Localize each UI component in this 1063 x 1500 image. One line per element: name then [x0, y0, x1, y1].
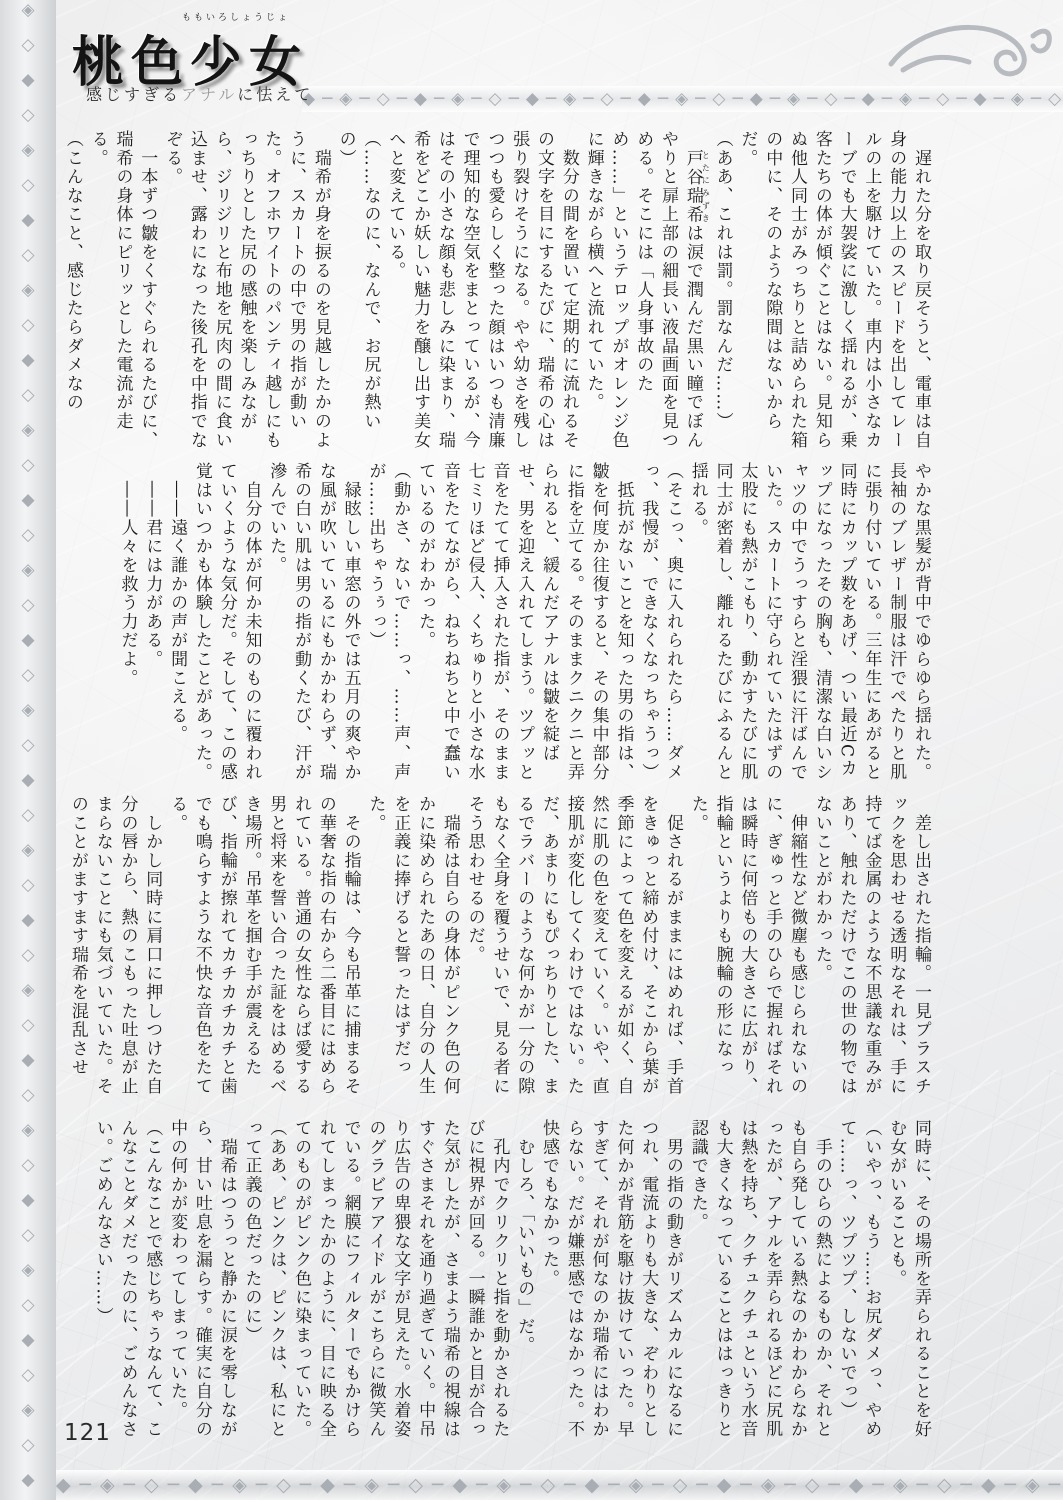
paragraph: （……なのに、なんで、お尻が熱いの）	[333, 130, 383, 454]
paragraph: 自分の体が何か未知のものに覆われていくような気分だ。そして、この感覚はいつかも体…	[189, 462, 263, 782]
paragraph: 差し出された指輪。一見プラスチックを思わせる透明なそれは、手に持てば金属のような…	[809, 795, 933, 1107]
paragraph: （こんなことで感じちゃうなんて、こんなことダメだったのに、ごめんなさい。ごめんな…	[90, 1119, 164, 1451]
text-band-3: 差し出された指輪。一見プラスチックを思わせる透明なそれは、手に持てば金属のような…	[64, 795, 933, 1107]
ornament-border-top-icon: ◆─◈─◇─◆─◈─◇─◆─◈─◇─◆─◈─◇─◆─◈─◇─◆─◈─◇─◆─◈─…	[302, 86, 1063, 112]
scroll-flourish-icon	[885, 12, 1055, 84]
paragraph: ――遠く誰かの声が聞こえる。	[164, 462, 189, 782]
book-subtitle: 感じすぎるアナルに怯えて	[86, 82, 313, 105]
paragraph: ――人々を救う力だよ。	[115, 462, 140, 782]
paragraph: （ああ、これは罰。罰なんだ……）	[710, 130, 735, 454]
paragraph: 数分の間を置いて定期的に流れるその文字を目にするたびに、瑞希の心は張り裂けそうに…	[382, 130, 580, 454]
ornament-border-bottom-icon: ◆─◈─◇─◆─◈─◇─◆─◈─◇─◆─◈─◇─◆─◈─◇─◆─◈─◇─◆─◈─…	[56, 1470, 1063, 1500]
paragraph: ――君には力がある。	[140, 462, 165, 782]
paragraph: 緑眩しい車窓の外では五月の爽やかな風が吹いているにもかかわらず、瑞希の白い肌は男…	[263, 462, 362, 782]
paragraph: （そこっ、奥に入れられたら……ダメっ、我慢が、できなくなっちゃうっ）	[635, 462, 685, 782]
paragraph: 促されるがままにはめれば、手首をきゅっと締め付け、そこから葉が季節によって色を変…	[462, 795, 685, 1107]
paragraph: （いやっ、もう……お尻ダメっ、やめて……っ、ツプツプ、しないでっ）	[834, 1119, 884, 1451]
page-number: 121	[64, 1420, 111, 1446]
paragraph: その指輪は、今も吊革に捕まるその華奢な指の右から二番目にはめられている。普通の女…	[164, 795, 362, 1107]
paragraph: 瑞希は自らの身体がピンク色の何かに染められたあの日、自分の人生を正義に捧げると誓…	[363, 795, 462, 1107]
text-band-1: 遅れた分を取り戻そうと、電車は自身の能力以上のスピードを出してレールの上を駆けて…	[64, 130, 933, 454]
paragraph: 戸谷瑞希とたにみずきは涙で潤んだ黒い瞳でぼんやりと扉上部の細長い液晶画面を見つめ…	[581, 130, 710, 454]
book-page: ◈◇◆◇◈◇◆◇◈◇◆◇◈◇◆◇◈◇◆◇◈◇◆◇◈◇◆◇◈◇◆◇◈◇◆◇◈◇◆◇…	[0, 0, 1063, 1500]
paragraph: 同時に、その場所を弄られることを好む女がいることも。	[883, 1119, 933, 1451]
title-block: ももいろしょうじょ 桃色少女 感じすぎるアナルに怯えて	[66, 4, 396, 104]
subtitle-text-post: に怯えて	[237, 85, 313, 104]
paragraph: 瑞希はつうっと静かに涙を零しながら、甘い吐息を漏らす。確実に自分の中の何かが変わ…	[164, 1119, 238, 1451]
subtitle-text-pre: 感じすぎる	[86, 85, 181, 104]
paragraph: 瑞希が身を捩るのを見越したかのように、スカートの中で男の指が動いた。オフホワイト…	[159, 130, 333, 454]
paragraph: （ああ、ピンクは、ピンクは、私にとって正義の色だったのに）	[239, 1119, 289, 1451]
ornament-border-left-icon: ◈◇◆◇◈◇◆◇◈◇◆◇◈◇◆◇◈◇◆◇◈◇◆◇◈◇◆◇◈◇◆◇◈◇◆◇◈◇◆◇…	[0, 0, 56, 1500]
paragraph: （こんなこと、感じたらダメなのに……っ、いけないのにっ）	[64, 130, 85, 454]
text-band-4: 同時に、その場所を弄られることを好む女がいることも。（いやっ、もう……お尻ダメっ…	[64, 1119, 933, 1451]
paragraph: 伸縮性など微塵も感じられないのに、ぎゅっと手のひらで握ればそれは瞬時に何倍もの大…	[685, 795, 809, 1107]
paragraph: 手のひらの熱によるものか、それとも自ら発している熱なのかわからなかったが、アナル…	[685, 1119, 834, 1451]
paragraph: 男の指の動きがリズムカルになるにつれ、電流よりも大きな、ぞわりとした何かが背筋を…	[536, 1119, 685, 1451]
subtitle-emphasis: アナル	[181, 85, 237, 104]
paragraph: 抵抗がないことを知った男の指は、皺を何度か往復すると、その集中部分に指を立てる。…	[412, 462, 635, 782]
paragraph: （動かさ、ないで……っ、……声、声が……出ちゃうぅっ）	[363, 462, 413, 782]
paragraph: 一本ずつ皺をくすぐられるたびに、瑞希の身体にピリッとした電流が走る。	[85, 130, 159, 454]
paragraph: しかし同時に肩口に押しつけた自分の唇から、熱のこもった吐息が止まらないことにも気…	[64, 795, 164, 1107]
text-band-2: やかな黒髪が背中でゆらゆら揺れた。長袖のブレザー制服は汗でぺたりと肌に張り付いて…	[64, 462, 933, 782]
paragraph: やかな黒髪が背中でゆらゆら揺れた。長袖のブレザー制服は汗でぺたりと肌に張り付いて…	[685, 462, 933, 782]
paragraph: 遅れた分を取り戻そうと、電車は自身の能力以上のスピードを出してレールの上を駆けて…	[735, 130, 933, 454]
paragraph: むしろ、「いいもの」だ。	[511, 1119, 536, 1451]
paragraph: 孔内でクリクリと指を動かされるたびに視界が回る。一瞬誰かと目が合った気がしたが、…	[288, 1119, 511, 1451]
